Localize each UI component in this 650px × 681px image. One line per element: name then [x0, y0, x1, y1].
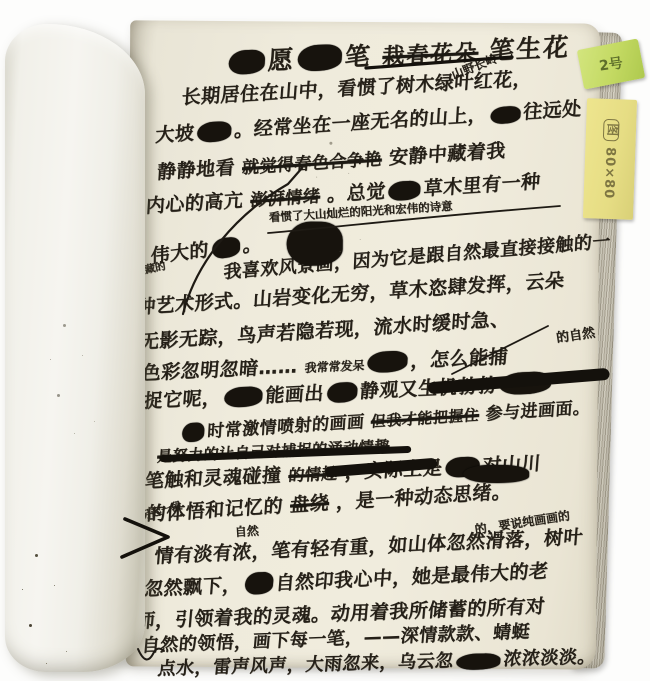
text-run: 自然印我心中，她是最伟大的老 [275, 560, 549, 594]
text-run: 笔触和灵魂碰撞 [144, 464, 282, 492]
struck-run: 就觉得春色合争艳 [241, 149, 382, 178]
title-run: 笔生花 [488, 32, 571, 65]
text-run: 大坡 [155, 122, 195, 147]
text-run: 。经常坐在一座无名的山上， [234, 104, 488, 142]
ink-scribble [326, 382, 358, 403]
manuscript-page: 愿笔 栽春花朵 笔生花 山野长岭 长期居住在山中，看惯了树木绿叶红花， 大坡。经… [126, 20, 600, 669]
struck-run: 盘绕 [289, 492, 329, 517]
text-run: 捉它呢， [143, 387, 223, 413]
yellow-sticky-note: 图 80×80 [583, 98, 637, 220]
text-run: 。 [242, 233, 262, 257]
ink-scribble [244, 572, 274, 595]
yellow-note-size-label: 80×80 [601, 147, 618, 200]
text-run: 往远处 [523, 98, 583, 124]
ink-scribble [388, 180, 421, 201]
text-run: 安静中藏着我 [388, 140, 506, 169]
paper-speckles [329, 142, 332, 145]
yellow-note-text-group: 图 80×80 [600, 119, 619, 200]
text-run: ，怎么能捕 [410, 346, 509, 373]
text-run: 忽然飘下， [143, 574, 242, 601]
ink-scribble [182, 422, 205, 442]
notebook-photo: 愿笔 栽春花朵 笔生花 山野长岭 长期居住在山中，看惯了树木绿叶红花， 大坡。经… [0, 0, 650, 681]
ink-scribble [490, 106, 521, 125]
title-run: 愿 [267, 45, 296, 75]
ink-scribble [197, 121, 232, 143]
text-run: 点水，雷声风声，大雨忽来，乌云忽 [157, 650, 455, 679]
ink-scribble [228, 49, 265, 75]
curled-left-page [5, 24, 145, 672]
green-tab-label: 2号 [598, 52, 624, 75]
yellow-note-symbol: 图 [602, 119, 619, 142]
text-run: 浓浓淡淡。 [502, 646, 596, 670]
ink-scribble-cluster [287, 221, 343, 265]
ink-scribble [297, 44, 343, 72]
text-run: 参与进画面。 [485, 398, 591, 425]
struck-run: 但我才能把握住 [370, 406, 479, 431]
text-run: 内心的高亢 [145, 189, 244, 217]
ink-scribble [456, 653, 501, 670]
inserted-run: 我常常发呆 [304, 358, 365, 375]
ink-scribble [367, 350, 409, 373]
title-run: 笔 [344, 41, 373, 71]
ink-scribble [463, 465, 529, 483]
paper-speckles [63, 324, 66, 327]
text-run: ，是一种动态思绪。 [335, 481, 511, 514]
inserted-note-3: 的自然 [555, 322, 596, 347]
text-run: 草木里有一种 [423, 171, 541, 200]
paper-speckles [35, 554, 38, 557]
text-run: 静静地看 [156, 157, 235, 184]
ink-scribble [224, 386, 264, 408]
text-run: 能画出 [265, 382, 325, 407]
